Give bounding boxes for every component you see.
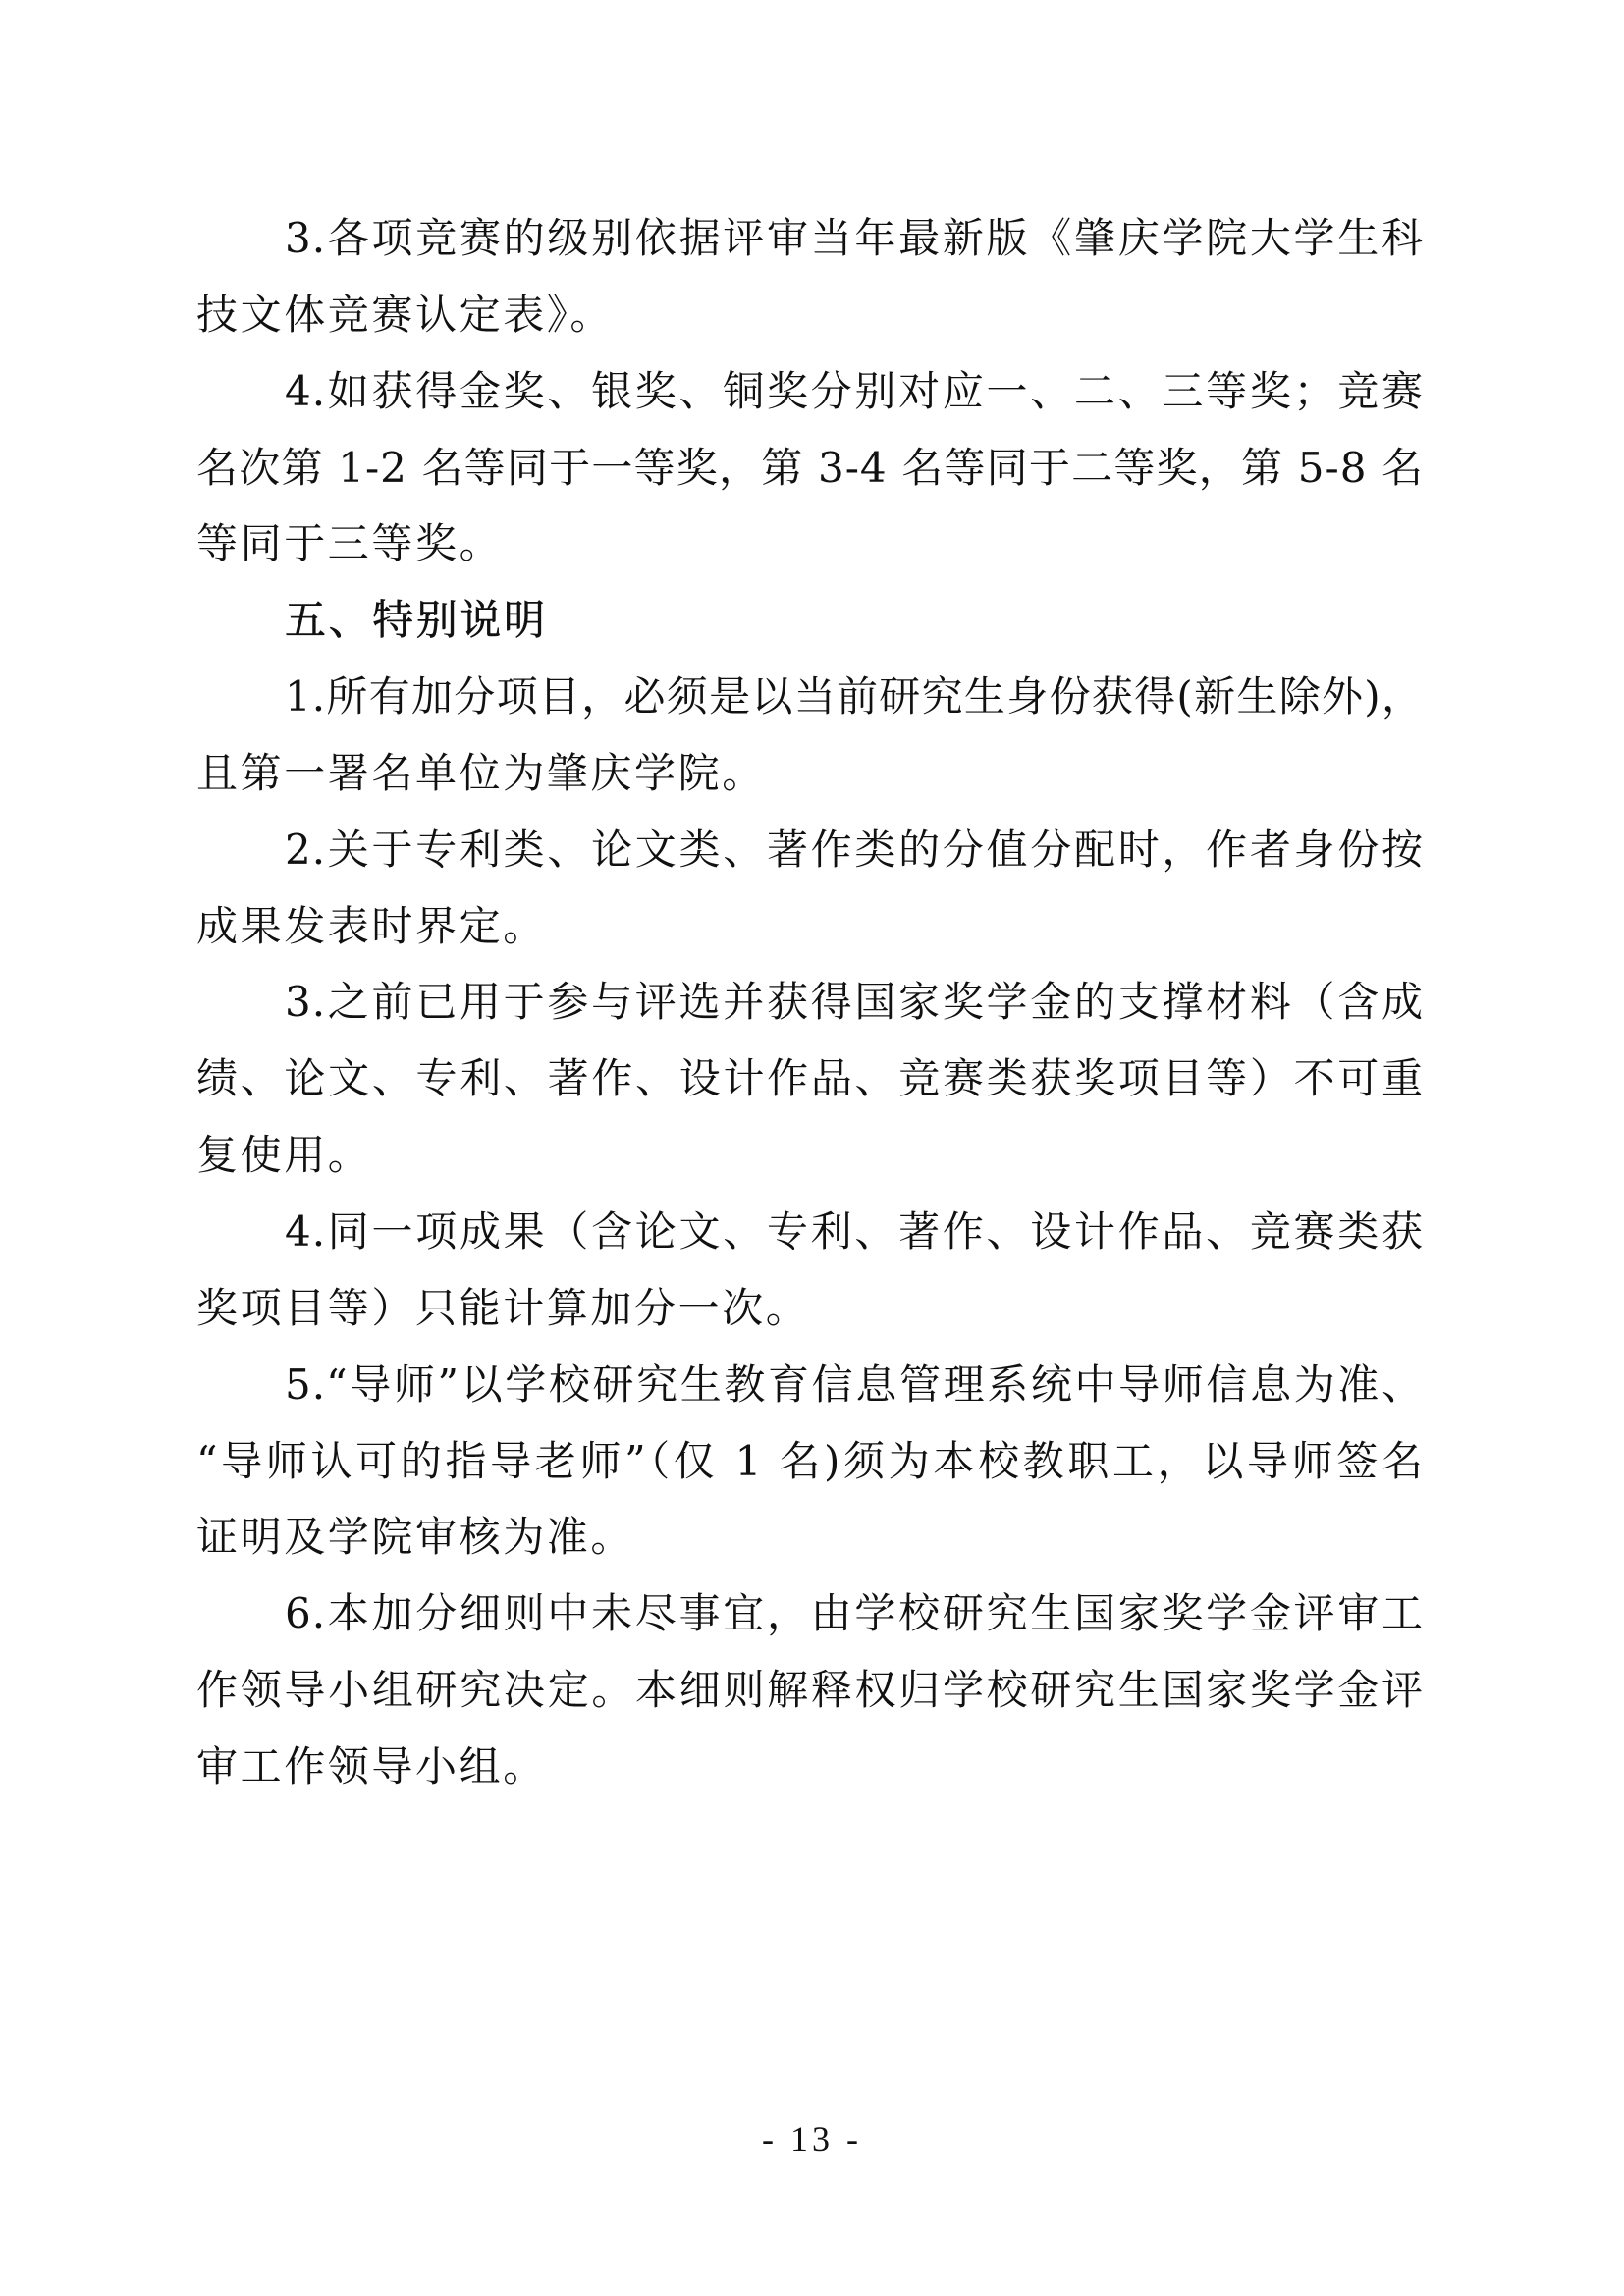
note-3-line-3: 复使用。	[196, 1117, 1424, 1194]
note-3-line-1: 3.之前已用于参与评选并获得国家奖学金的支撑材料（含成	[196, 964, 1424, 1041]
item-3-line-2: 技文体竞赛认定表》。	[196, 277, 1424, 353]
item-4-line-1: 4.如获得金奖、银奖、铜奖分别对应一、二、三等奖；竞赛	[196, 353, 1424, 430]
note-5-line-1: 5.“导师”以学校研究生教育信息管理系统中导师信息为准、	[196, 1347, 1424, 1423]
note-3-line-2: 绩、论文、专利、著作、设计作品、竞赛类获奖项目等）不可重	[196, 1041, 1424, 1117]
note-6-line-3: 审工作领导小组。	[196, 1729, 1424, 1805]
note-5-line-3: 证明及学院审核为准。	[196, 1499, 1424, 1575]
note-6-line-2: 作领导小组研究决定。本细则解释权归学校研究生国家奖学金评	[196, 1652, 1424, 1729]
document-page: 3.各项竞赛的级别依据评审当年最新版《肇庆学院大学生科 技文体竞赛认定表》。 4…	[0, 0, 1624, 2296]
item-4-line-2: 名次第 1-2 名等同于一等奖，第 3-4 名等同于二等奖，第 5-8 名	[196, 430, 1424, 507]
note-4-line-2: 奖项目等）只能计算加分一次。	[196, 1270, 1424, 1347]
item-4-line-3: 等同于三等奖。	[196, 506, 1424, 582]
body-text: 3.各项竞赛的级别依据评审当年最新版《肇庆学院大学生科 技文体竞赛认定表》。 4…	[196, 200, 1424, 1805]
note-6-line-1: 6.本加分细则中未尽事宜，由学校研究生国家奖学金评审工	[196, 1575, 1424, 1652]
section-heading-special-notes: 五、特别说明	[196, 582, 1424, 659]
note-5-line-2: “导师认可的指导老师”（仅 1 名)须为本校教职工，以导师签名	[196, 1423, 1424, 1500]
note-1-line-1: 1.所有加分项目，必须是以当前研究生身份获得(新生除外)，	[196, 659, 1424, 735]
page-number: - 13 -	[0, 2118, 1624, 2160]
note-4-line-1: 4.同一项成果（含论文、专利、著作、设计作品、竞赛类获	[196, 1194, 1424, 1270]
note-2-line-1: 2.关于专利类、论文类、著作类的分值分配时，作者身份按	[196, 812, 1424, 888]
item-3-line-1: 3.各项竞赛的级别依据评审当年最新版《肇庆学院大学生科	[196, 200, 1424, 277]
note-1-line-2: 且第一署名单位为肇庆学院。	[196, 735, 1424, 812]
note-2-line-2: 成果发表时界定。	[196, 888, 1424, 965]
